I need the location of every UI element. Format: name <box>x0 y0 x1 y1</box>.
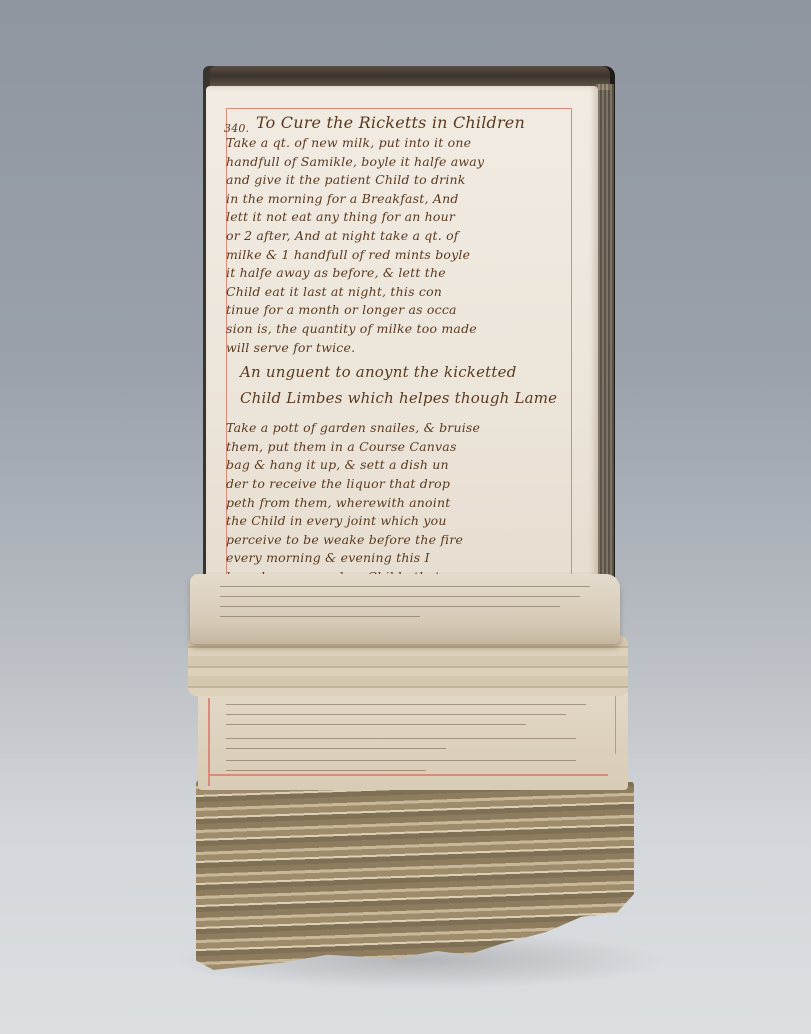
manuscript-line: der to receive the liquor that drop <box>226 475 576 494</box>
manuscript-line: sion is, the quantity of milke too made <box>226 320 576 339</box>
page-number: 340. <box>224 120 249 139</box>
manuscript-line: handfull of Samikle, boyle it halfe away <box>226 153 576 172</box>
manuscript-line: it halfe away as before, & lett the <box>226 264 576 283</box>
manuscript-line: tinue for a month or longer as occa <box>226 301 576 320</box>
manuscript-page: 340. To Cure the Ricketts in Children Ta… <box>206 86 598 578</box>
handwritten-text: 340. To Cure the Ricketts in Children Ta… <box>226 112 576 586</box>
lower-leaf-written <box>198 690 628 790</box>
manuscript-line: Take a pott of garden snailes, & bruise <box>226 419 576 438</box>
folded-leaves <box>188 636 628 696</box>
manuscript-line: in the morning for a Breakfast, And <box>226 190 576 209</box>
manuscript-line: and give it the patient Child to drink <box>226 171 576 190</box>
manuscript-line: them, put them in a Course Canvas <box>226 438 576 457</box>
manuscript-line: perceive to be weake before the fire <box>226 531 576 550</box>
manuscript-line: the Child in every joint which you <box>226 512 576 531</box>
manuscript-line: bag & hang it up, & sett a dish un <box>226 456 576 475</box>
recipe-title-unguent: An unguent to anoynt the kicketted <box>226 361 576 383</box>
manuscript-line: milke & 1 handfull of red mints boyle <box>226 246 576 265</box>
photo-scene: 340. To Cure the Ricketts in Children Ta… <box>0 0 811 1034</box>
recipe-title-ricketts: To Cure the Ricketts in Children <box>226 112 576 134</box>
manuscript-line: lett it not eat any thing for an hour <box>226 208 576 227</box>
folded-leaf-top <box>190 574 620 644</box>
manuscript-line: Child eat it last at night, this con <box>226 283 576 302</box>
manuscript-line: will serve for twice. <box>226 339 576 358</box>
manuscript-line: peth from them, wherewith anoint <box>226 494 576 513</box>
manuscript-line: Take a qt. of new milk, put into it one <box>226 134 576 153</box>
page-edges <box>596 84 614 584</box>
recipe-title-unguent-cont: Child Limbes which helpes though Lame <box>226 387 576 409</box>
manuscript-line: every morning & evening this I <box>226 549 576 568</box>
manuscript-line: or 2 after, And at night take a qt. of <box>226 227 576 246</box>
